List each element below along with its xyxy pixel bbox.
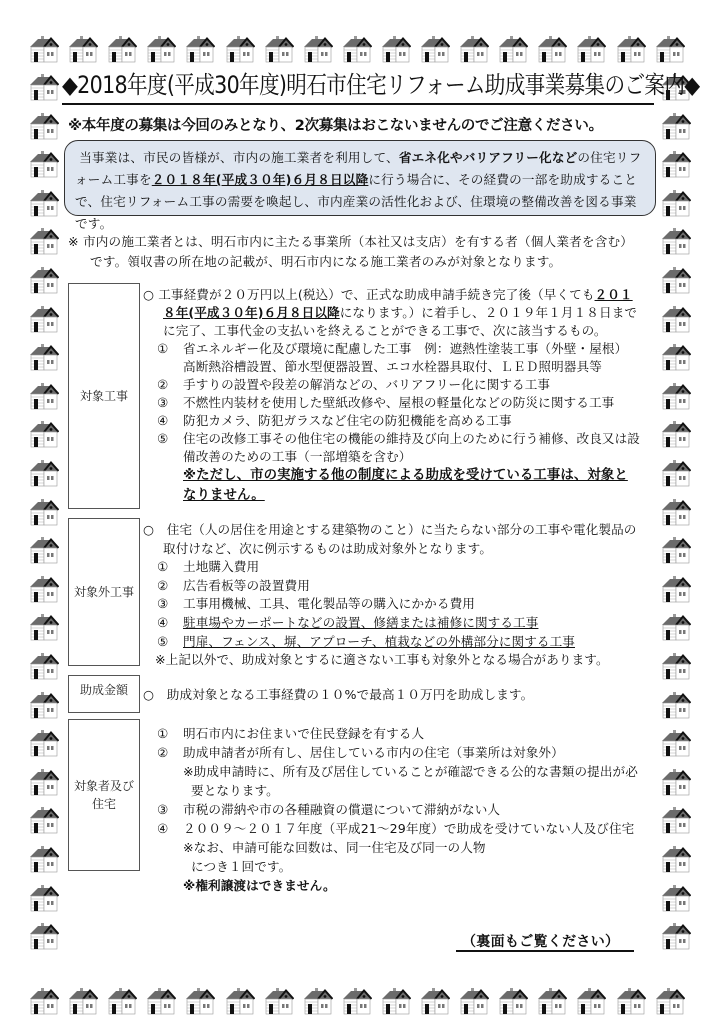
house-icon [264,987,294,1015]
house-icon [661,112,691,140]
label-text: 対象者及び [74,777,134,795]
house-icon [29,266,59,294]
house-icon [29,189,59,217]
house-icon [576,35,606,63]
house-icon [29,922,59,950]
list-item: ②広告看板等の設置費用 [143,577,663,596]
section-note: につき１回です。 [143,857,663,876]
contractor-note: ※ 市内の施工業者とは、明石市内に主たる事業所（本社又は支店）を有する者（個人業… [68,232,658,272]
house-icon [29,691,59,719]
house-icon [225,987,255,1015]
house-icon [661,498,691,526]
house-icon [459,35,489,63]
house-icon [420,35,450,63]
house-icon [661,575,691,603]
section-line: 取付けなど、次に例示するものは助成対象外となります。 [143,540,663,559]
house-icon [661,343,691,371]
caveat-line: なりません。 [143,486,663,506]
house-icon [661,613,691,641]
house-icon [303,35,333,63]
house-icon [661,652,691,680]
house-icon [29,459,59,487]
house-icon [537,987,567,1015]
list-item-cont: 備改善のための工事（一部増築を含む） [143,448,663,466]
list-item: ④防犯カメラ、防犯ガラスなど住宅の防犯機能を高める工事 [143,412,663,430]
list-item-cont: 高断熱浴槽設置、節水型便器設置、エコ水栓器具取付、ＬＥＤ照明器具等 [143,358,663,376]
house-icon [29,729,59,757]
house-icon [185,987,215,1015]
section-note: ※なお、申請可能な回数は、同一住宅及び同一の人物 [143,838,663,857]
section-ineligible-work: ○ 住宅（人の居住を用途とする建築物のこと）に当たらない部分の工事や電化製品の … [143,521,663,670]
house-icon [303,987,333,1015]
intro-box: 当事業は、市民の皆様が、市内の施工業者を利用して、省エネ化やバリアフリー化などの… [64,140,656,216]
house-icon [29,343,59,371]
title-underline [62,103,654,105]
list-item: ①明石市内にお住まいで住民登録を有する人 [143,724,663,743]
house-icon [459,987,489,1015]
house-icon [29,845,59,873]
list-item: ④２００９～２０１７年度（平成21～29年度）で助成を受けていない人及び住宅 [143,819,663,838]
house-icon [661,922,691,950]
house-icon [661,266,691,294]
list-item: ②助成申請者が所有し、居住している市内の住宅（事業所は対象外） [143,743,663,762]
house-icon [420,987,450,1015]
back-notice-underline [456,950,634,952]
house-icon [342,35,372,63]
contractor-note-line: ※ 市内の施工業者とは、明石市内に主たる事業所（本社又は支店）を有する者（個人業… [68,234,633,249]
recruitment-notice: ※本年度の募集は今回のみとなり、2次募集はおこないませんのでご注意ください。 [68,114,603,135]
house-icon [661,691,691,719]
intro-text: 当事業は、市民の皆様が、市内の施工業者を利用して、 [79,150,399,165]
house-icon [661,884,691,912]
house-icon [107,987,137,1015]
house-icon [655,35,685,63]
list-item: ①省エネルギー化及び環境に配慮した工事 例：遮熱性塗装工事（外壁・屋根） [143,340,663,358]
house-icon [29,652,59,680]
section-eligible-persons: ①明石市内にお住まいで住民登録を有する人 ②助成申請者が所有し、居住している市内… [143,724,663,895]
contractor-note-line: です。領収書の所在地の記載が、明石市内になる施工業者のみが対象となります。 [68,252,658,272]
section-note: ※権利譲渡はできません。 [143,876,663,895]
list-item: ④駐車場やカーポートなどの設置、修繕または補修に関する工事 [143,614,663,633]
house-icon [616,35,646,63]
list-item: ①土地購入費用 [143,558,663,577]
house-icon [661,729,691,757]
house-icon [498,35,528,63]
house-icon [29,150,59,178]
house-icon [661,227,691,255]
house-icon [661,189,691,217]
section-eligible-work: ○ 工事経費が２０万円以上(税込）で、正式な助成申請手続き完了後（早くても２０１… [143,286,663,506]
house-icon [661,806,691,834]
list-item: ③不燃性内装材を使用した壁紙改修や、屋根の軽量化などの防災に関する工事 [143,394,663,412]
house-icon [576,987,606,1015]
house-icon [655,987,685,1015]
section-line: に完了、工事代金の支払いを終えることができる工事で、次に該当するもの。 [143,322,663,340]
house-icon [29,305,59,333]
house-icon [29,575,59,603]
house-icon [146,987,176,1015]
house-icon [264,35,294,63]
house-icon [185,35,215,63]
house-icon [29,112,59,140]
house-icon [498,987,528,1015]
section-line: ○ 工事経費が２０万円以上(税込）で、正式な助成申請手続き完了後（早くても２０１ [143,286,663,304]
house-icon [29,498,59,526]
house-icon [68,987,98,1015]
list-item: ⑤門扉、フェンス、塀、アプローチ、植栽などの外構部分に関する工事 [143,633,663,652]
intro-bold: 省エネ化やバリアフリー化など [399,150,578,165]
house-icon [661,536,691,564]
label-ineligible-work: 対象外工事 [68,518,140,666]
house-icon [661,768,691,796]
back-page-notice: （裏面もご覧ください） [462,931,619,951]
label-text: 対象外工事 [74,583,134,601]
section-line: ８年(平成３０年)６月８日以降になります。）に着手し、２０１９年１月１８日まで [143,304,663,322]
house-icon [29,884,59,912]
house-icon [342,987,372,1015]
label-text: 対象工事 [80,387,128,405]
house-icon [661,150,691,178]
house-icon [29,420,59,448]
house-icon [381,987,411,1015]
section-note: ※上記以外で、助成対象とするに適さない工事も対象外となる場合があります。 [143,651,663,670]
house-icon [661,845,691,873]
list-item: ②手すりの設置や段差の解消などの、バリアフリー化に関する工事 [143,376,663,394]
house-icon [661,382,691,410]
house-icon [661,459,691,487]
label-eligible-persons: 対象者及び 住宅 [68,719,140,871]
label-text: 住宅 [92,795,116,813]
house-icon [29,613,59,641]
section-note: 要となります。 [143,781,663,800]
label-subsidy-amount: 助成金額 [68,675,140,713]
section-subsidy-amount: ○ 助成対象となる工事経費の１０%で最高１０万円を助成します。 [143,686,663,704]
house-icon [29,806,59,834]
house-icon [661,305,691,333]
house-icon [225,35,255,63]
section-line: ○ 住宅（人の居住を用途とする建築物のこと）に当たらない部分の工事や電化製品の [143,521,663,540]
house-icon [29,987,59,1015]
house-icon [68,35,98,63]
house-icon [29,35,59,63]
house-icon [29,536,59,564]
list-item: ③工事用機械、工具、電化製品等の購入にかかる費用 [143,595,663,614]
list-item: ③市税の滞納や市の各種融資の償還について滞納がない人 [143,800,663,819]
section-note: ※助成申請時に、所有及び居住していることが確認できる公的な書類の提出が必 [143,762,663,781]
house-icon [661,420,691,448]
label-eligible-work: 対象工事 [68,283,140,509]
house-icon [537,35,567,63]
page-title: ◆2018年度(平成30年度)明石市住宅リフォーム助成事業募集のご案内◆ [62,68,576,102]
house-icon [29,227,59,255]
house-icon [146,35,176,63]
house-icon [29,382,59,410]
section-line: ○ 助成対象となる工事経費の１０%で最高１０万円を助成します。 [143,686,663,704]
house-icon [107,35,137,63]
house-icon [29,73,59,101]
intro-date: ２０１８年(平成３０年)６月８日以降 [152,172,369,187]
label-text: 助成金額 [80,681,128,699]
house-icon [616,987,646,1015]
caveat-line: ※ただし、市の実施する他の制度による助成を受けている工事は、対象と [143,466,663,486]
house-icon [381,35,411,63]
house-icon [29,768,59,796]
list-item: ⑤住宅の改修工事その他住宅の機能の維持及び向上のために行う補修、改良又は設 [143,430,663,448]
